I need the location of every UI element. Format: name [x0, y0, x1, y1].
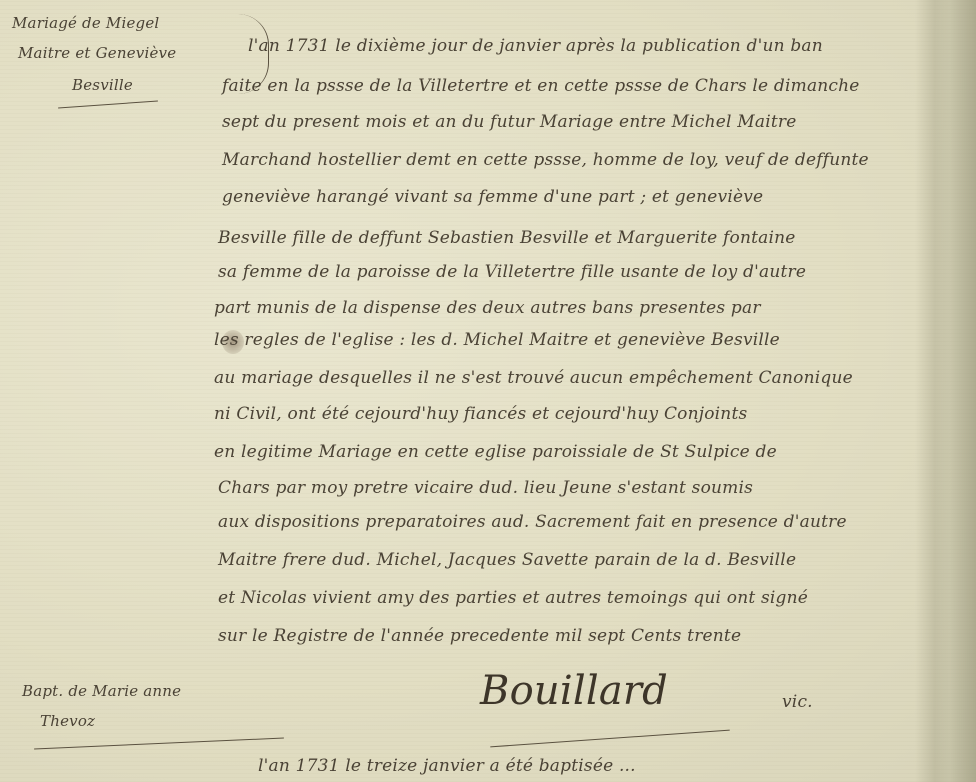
margin-underline [58, 101, 158, 109]
entry-line: faite en la pssse de la Villetertre et e… [222, 76, 860, 96]
separator-flourish [490, 730, 729, 748]
margin-note-line: Besville [72, 70, 133, 100]
separator-line [34, 738, 284, 750]
margin-note-line: Mariagé de Miegel [12, 8, 159, 38]
entry-line: en legitime Mariage en cette eglise paro… [214, 442, 777, 462]
entry-line: et Nicolas vivient amy des parties et au… [218, 588, 808, 608]
entry-line: Chars par moy pretre vicaire dud. lieu J… [218, 478, 753, 498]
entry-line: sa femme de la paroisse de la Villetertr… [218, 262, 806, 282]
entry-line: sept du present mois et an du futur Mari… [222, 112, 797, 132]
entry-line: l'an 1731 le dixième jour de janvier apr… [248, 36, 823, 56]
entry-line: sur le Registre de l'année precedente mi… [218, 626, 741, 646]
margin-note-line: Bapt. de Marie anne [22, 676, 181, 706]
register-page: Mariagé de Miegel Maitre et Geneviève Be… [0, 0, 976, 782]
entry-line: l'an 1731 le treize janvier a été baptis… [258, 756, 636, 776]
entry-line: les regles de l'eglise : les d. Michel M… [214, 330, 780, 350]
entry-line: part munis de la dispense des deux autre… [214, 298, 761, 318]
priest-signature: Bouillard [480, 668, 668, 714]
entry-line: Besville fille de deffunt Sebastien Besv… [218, 228, 796, 248]
entry-line: Marchand hostellier demt en cette pssse,… [222, 150, 869, 170]
page-binding-edge [936, 0, 976, 782]
entry-line: ni Civil, ont été cejourd'huy fiancés et… [214, 404, 747, 424]
entry-line: au mariage desquelles il ne s'est trouvé… [214, 368, 853, 388]
margin-note-line: Thevoz [40, 706, 95, 736]
signature-title: vic. [782, 692, 813, 712]
margin-note-line: Maitre et Geneviève [18, 38, 176, 68]
entry-line: Maitre frere dud. Michel, Jacques Savett… [218, 550, 796, 570]
entry-line: aux dispositions preparatoires aud. Sacr… [218, 512, 847, 532]
entry-line: geneviève harangé vivant sa femme d'une … [222, 187, 763, 207]
